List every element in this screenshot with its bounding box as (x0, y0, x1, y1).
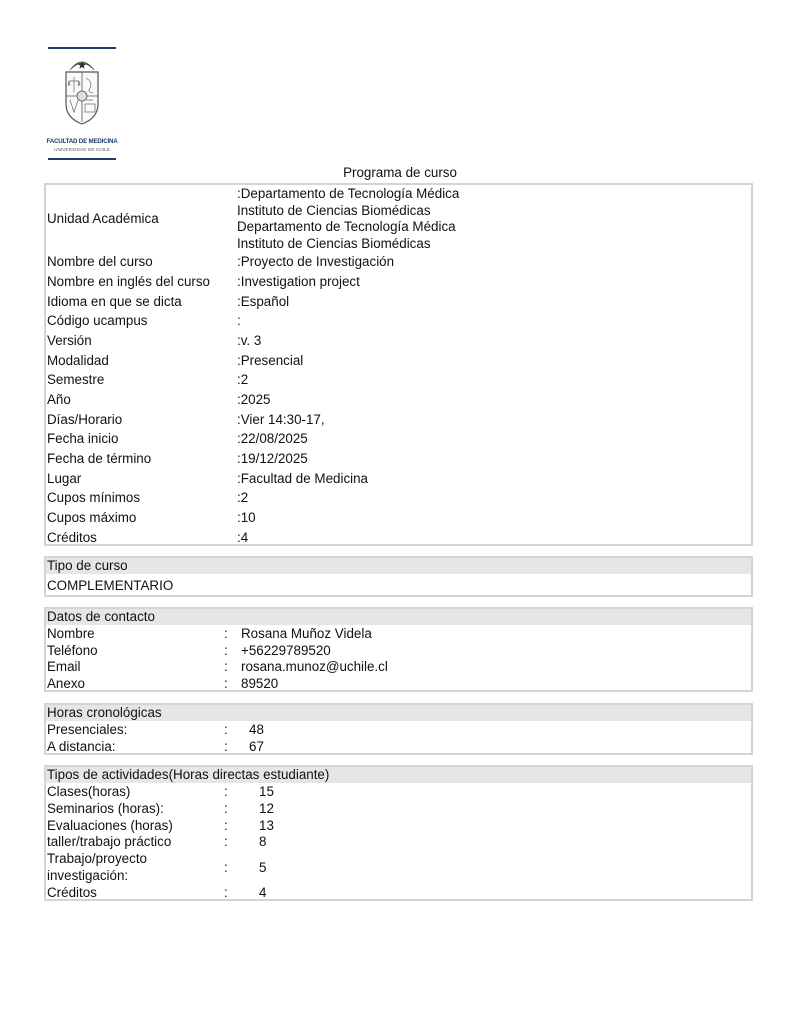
info-value: :v. 3 (237, 333, 261, 348)
actividades-separator: : (224, 860, 228, 875)
info-value: :Vier 14:30-17, (237, 412, 325, 427)
info-value: :2 (237, 490, 248, 505)
actividades-value: 13 (259, 818, 274, 833)
actividades-value: 5 (259, 860, 266, 875)
actividades-separator: : (224, 818, 228, 833)
info-label: Código ucampus (47, 313, 148, 328)
info-value: :19/12/2025 (237, 451, 308, 466)
actividades-separator: : (224, 834, 228, 849)
info-label: Idioma en que se dicta (47, 294, 182, 309)
info-value-line: Instituto de Ciencias Biomédicas (237, 203, 431, 218)
info-value-line: :Departamento de Tecnología Médica (237, 186, 459, 201)
contacto-row: Anexo:89520 (46, 676, 746, 693)
info-value-line: Departamento de Tecnología Médica (237, 219, 456, 234)
contacto-label: Anexo (47, 676, 85, 691)
hours-section: Horas cronológicas Presenciales::48A dis… (44, 703, 753, 755)
horas-value: 48 (249, 722, 264, 737)
horas-label: A distancia: (47, 739, 115, 754)
actividades-value: 12 (259, 801, 274, 816)
horas-separator: : (224, 722, 228, 737)
info-value-line: Instituto de Ciencias Biomédicas (237, 236, 431, 251)
horas-value: 67 (249, 739, 264, 754)
logo-top-rule (48, 47, 116, 49)
actividades-value: 8 (259, 834, 266, 849)
contacto-label: Email (47, 659, 80, 674)
contacto-value: Rosana Muñoz Videla (241, 626, 372, 641)
contact-heading: Datos de contacto (46, 609, 751, 625)
actividades-label-line: Trabajo/proyecto (47, 851, 147, 866)
horas-row: A distancia::67 (46, 739, 746, 756)
actividades-label: Evaluaciones (horas) (47, 818, 173, 833)
horas-label: Presenciales: (47, 722, 127, 737)
info-value: :Proyecto de Investigación (237, 254, 394, 269)
actividades-label: Créditos (47, 885, 97, 900)
contacto-label: Teléfono (47, 643, 98, 658)
actividades-row: Seminarios (horas)::12 (46, 801, 746, 818)
activities-section: Tipos de actividades(Horas directas estu… (44, 765, 753, 901)
info-value: :2025 (237, 392, 271, 407)
info-label: Modalidad (47, 353, 109, 368)
document-title: Programa de curso (0, 165, 800, 180)
info-label: Fecha inicio (47, 431, 118, 446)
info-value: :10 (237, 510, 256, 525)
course-type-value: COMPLEMENTARIO (47, 578, 173, 593)
hours-heading: Horas cronológicas (46, 705, 751, 721)
info-label: Unidad Académica (47, 211, 159, 226)
info-value: :Facultad de Medicina (237, 471, 368, 486)
info-value: : (237, 313, 241, 328)
contacto-value: rosana.munoz@uchile.cl (241, 659, 388, 674)
actividades-label: Clases(horas) (47, 784, 130, 799)
logo-bottom-rule (48, 158, 116, 160)
course-type-heading: Tipo de curso (46, 558, 751, 574)
actividades-label: Seminarios (horas): (47, 801, 164, 816)
actividades-row: taller/trabajo práctico:8 (46, 834, 746, 851)
info-value: :Presencial (237, 353, 303, 368)
contacto-row: Email:rosana.munoz@uchile.cl (46, 659, 746, 676)
info-label: Nombre del curso (47, 254, 153, 269)
info-label: Cupos mínimos (47, 490, 140, 505)
contacto-row: Teléfono:+56229789520 (46, 643, 746, 660)
actividades-value: 4 (259, 885, 266, 900)
contacto-value: +56229789520 (241, 643, 331, 658)
info-label: Año (47, 392, 71, 407)
horas-separator: : (224, 739, 228, 754)
course-type-section: Tipo de curso COMPLEMENTARIO (44, 556, 753, 597)
info-label: Cupos máximo (47, 510, 136, 525)
actividades-value: 15 (259, 784, 274, 799)
info-value: :Investigation project (237, 274, 360, 289)
info-label: Días/Horario (47, 412, 122, 427)
actividades-separator: : (224, 885, 228, 900)
info-value: :22/08/2025 (237, 431, 308, 446)
info-label: Fecha de término (47, 451, 151, 466)
logo-university-name: UNIVERSIDAD DE CHILE (46, 147, 118, 152)
actividades-separator: : (224, 801, 228, 816)
actividades-row: Evaluaciones (horas):13 (46, 818, 746, 835)
info-value: :Español (237, 294, 289, 309)
activities-heading: Tipos de actividades(Horas directas estu… (46, 767, 751, 783)
info-label: Semestre (47, 372, 104, 387)
course-info-section: Unidad Académica:Departamento de Tecnolo… (44, 183, 753, 546)
contact-section: Datos de contacto Nombre:Rosana Muñoz Vi… (44, 607, 753, 692)
contacto-label: Nombre (47, 626, 95, 641)
info-label: Lugar (47, 471, 81, 486)
actividades-row: Trabajo/proyectoinvestigación::5 (46, 851, 746, 885)
info-value: :4 (237, 530, 248, 545)
contacto-separator: : (224, 659, 228, 674)
university-crest-icon (60, 52, 104, 138)
actividades-row: Créditos:4 (46, 885, 746, 902)
info-label: Créditos (47, 530, 97, 545)
contacto-separator: : (224, 626, 228, 641)
info-value: :2 (237, 372, 248, 387)
info-label: Nombre en inglés del curso (47, 274, 210, 289)
contacto-separator: : (224, 676, 228, 691)
horas-row: Presenciales::48 (46, 722, 746, 739)
info-label: Versión (47, 333, 92, 348)
actividades-label: taller/trabajo práctico (47, 834, 171, 849)
logo-faculty-name: FACULTAD DE MEDICINA (46, 138, 118, 145)
actividades-label-line: investigación: (47, 868, 128, 883)
contacto-value: 89520 (241, 676, 278, 691)
actividades-separator: : (224, 784, 228, 799)
actividades-row: Clases(horas):15 (46, 784, 746, 801)
contacto-separator: : (224, 643, 228, 658)
faculty-logo: FACULTAD DE MEDICINA UNIVERSIDAD DE CHIL… (46, 46, 118, 162)
contacto-row: Nombre:Rosana Muñoz Videla (46, 626, 746, 643)
